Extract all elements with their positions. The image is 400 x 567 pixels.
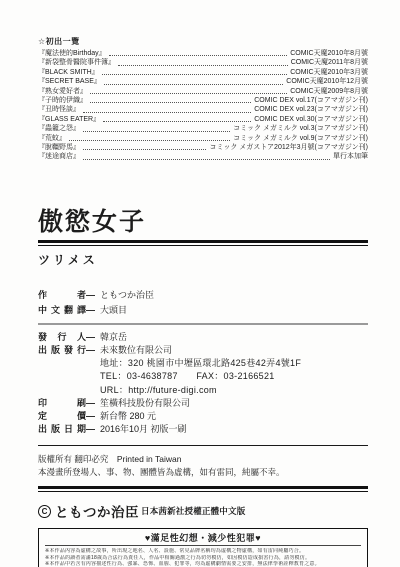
title-underline-thin bbox=[38, 245, 368, 246]
publication-list-item: 『迷途商店』 單行本加筆 bbox=[38, 152, 368, 161]
chapter-source: COMIC天魔2009年8月號 bbox=[290, 87, 368, 96]
license-line: C ともつか治臣 日本茜新社授權正體中文版 bbox=[38, 501, 368, 521]
chapter-title: 『BLACK SMITH』 bbox=[38, 68, 99, 77]
tel-fax-row: TEL：03-4638787 FAX：03-2166521 bbox=[38, 370, 368, 383]
translator-label: 中文翻譯 bbox=[38, 303, 86, 318]
publication-list-item: 『SECRET BASE』 COMIC天魔2010年12月號 bbox=[38, 77, 368, 86]
chapter-source: COMIC DEX vol.17(コアマガジン刊) bbox=[254, 96, 368, 105]
legal-block: 版權所有 翻印必究 Printed in Taiwan 本漫畫所登場人、事、物、… bbox=[38, 453, 368, 478]
pub-date-row: 出版日期 — 2016年10月 初版一刷 bbox=[38, 423, 368, 436]
title-block: 傲慾女子 ツリメス bbox=[38, 210, 368, 268]
dot-leader bbox=[83, 131, 230, 132]
author-label: 作者 bbox=[38, 288, 86, 303]
dot-leader bbox=[69, 140, 230, 141]
license-author: ともつか治臣 bbox=[55, 501, 139, 521]
publication-history: ☆初出一覽 『魔法使的Birthday』 COMIC天魔2010年8月號 『新袋… bbox=[38, 36, 368, 162]
issuer-row: 出版發行 — 未來數位有限公司 bbox=[38, 344, 368, 357]
dash: — bbox=[86, 288, 100, 303]
credits-block: 作者 — ともつか治臣 中文翻譯 — 大頭目 bbox=[38, 288, 368, 318]
notice-box-lines: ※本作品內容為虛構之故事，所出現之地名、人名、設施、常見品牌名稱均為虛構之物虛構… bbox=[45, 548, 361, 567]
notice-disclaimer-line: ※本作品的讀者需滿18歲為合法行為責任人，作品中相關過激之行為切勿模仿，如因模仿… bbox=[45, 555, 361, 562]
divider-double-top bbox=[38, 486, 368, 489]
publication-list-item: 『GLASS EATER』 COMIC DEX vol.30(コアマガジン刊) bbox=[38, 115, 368, 124]
dash: — bbox=[86, 397, 100, 410]
chapter-title: 『迷途商店』 bbox=[38, 152, 80, 161]
fiction-disclaimer: 本漫畫所登場人、事、物、團體皆為虛構，如有雷同，純屬不幸。 bbox=[38, 466, 368, 479]
publisher-name: 韓京岳 bbox=[100, 331, 368, 344]
notice-box-header: ♥滿足性幻想・減少性犯罪♥ bbox=[45, 531, 361, 546]
chapter-source: COMIC天魔2010年3月號 bbox=[290, 68, 368, 77]
publication-list-item: 『丑時怪談』 COMIC DEX vol.23(コアマガジン刊) bbox=[38, 105, 368, 114]
copyright-notice: 版權所有 翻印必究 Printed in Taiwan bbox=[38, 453, 368, 466]
printer-label: 印刷 bbox=[38, 397, 86, 410]
chapter-source: COMIC DEX vol.30(コアマガジン刊) bbox=[254, 115, 368, 124]
dot-leader bbox=[109, 55, 288, 56]
chapter-title: 『丑時怪談』 bbox=[38, 105, 80, 114]
chapter-source: コミック メガストア2012年3月號(コアマガジン刊) bbox=[209, 143, 368, 152]
chapter-title: 『熟女愛好者』 bbox=[38, 87, 87, 96]
address-text: 地址：320 桃園市中壢區環北路425巷42弄4號1F bbox=[100, 357, 301, 370]
dot-leader bbox=[83, 149, 206, 150]
publisher-label: 發行人 bbox=[38, 331, 86, 344]
dot-leader bbox=[83, 159, 330, 160]
book-subtitle: ツリメス bbox=[38, 251, 368, 268]
price-label: 定價 bbox=[38, 410, 86, 423]
notice-disclaimer-line: ※本作品內容為虛構之故事，所出現之地名、人名、設施、常見品牌名稱均為虛構之物虛構… bbox=[45, 548, 361, 555]
chapter-title: 『蟲籠之怨』 bbox=[38, 124, 80, 133]
publication-list-item: 『魔法使的Birthday』 COMIC天魔2010年8月號 bbox=[38, 49, 368, 58]
title-underline-thick bbox=[38, 240, 368, 243]
chapter-source: COMIC天魔2010年8月號 bbox=[290, 49, 368, 58]
pub-date-value: 2016年10月 初版一刷 bbox=[100, 423, 368, 436]
dot-leader bbox=[83, 112, 251, 113]
book-title: 傲慾女子 bbox=[38, 210, 368, 235]
chapter-title: 『荒蚊』 bbox=[38, 134, 66, 143]
publication-list-item: 『脫韁野馬』 コミック メガストア2012年3月號(コアマガジン刊) bbox=[38, 143, 368, 152]
printer-row: 印刷 — 笙橫科技股份有限公司 bbox=[38, 397, 368, 410]
publication-list-item: 『熟女愛好者』 COMIC天魔2009年8月號 bbox=[38, 87, 368, 96]
translator-name: 大頭目 bbox=[100, 303, 368, 318]
chapter-source: COMIC天魔2011年8月號 bbox=[291, 58, 368, 67]
url-row: URL：http://future-digi.com bbox=[38, 384, 368, 397]
pub-date-label: 出版日期 bbox=[38, 423, 86, 436]
notice-box: ♥滿足性幻想・減少性犯罪♥ ※本作品內容為虛構之故事，所出現之地名、人名、設施、… bbox=[38, 528, 368, 567]
author-name: ともつか治臣 bbox=[100, 288, 368, 303]
translator-row: 中文翻譯 — 大頭目 bbox=[38, 303, 368, 318]
dash: — bbox=[86, 303, 100, 318]
chapter-title: 『GLASS EATER』 bbox=[38, 115, 100, 124]
chapter-source: コミック メガミルク vol.9(コアマガジン刊) bbox=[233, 134, 368, 143]
chapter-source: COMIC DEX vol.23(コアマガジン刊) bbox=[254, 105, 368, 114]
dot-leader bbox=[90, 102, 251, 103]
dot-leader bbox=[118, 65, 288, 66]
publishing-block: 發行人 — 韓京岳 出版發行 — 未來數位有限公司 地址：320 桃園市中壢區環… bbox=[38, 331, 368, 437]
publisher-row: 發行人 — 韓京岳 bbox=[38, 331, 368, 344]
publication-list-item: 『新袋整骨醫院事件簿』 COMIC天魔2011年8月號 bbox=[38, 58, 368, 67]
dot-leader bbox=[103, 121, 251, 122]
issuer-label: 出版發行 bbox=[38, 344, 86, 357]
dash: — bbox=[86, 410, 100, 423]
divider-double-bottom bbox=[38, 491, 368, 493]
chapter-source: 單行本加筆 bbox=[333, 152, 368, 161]
dash: — bbox=[86, 331, 100, 344]
issuer-name: 未來數位有限公司 bbox=[100, 344, 368, 357]
dot-leader bbox=[102, 74, 288, 75]
license-text: 日本茜新社授權正體中文版 bbox=[141, 505, 245, 517]
dot-leader bbox=[104, 84, 283, 85]
dash: — bbox=[86, 344, 100, 357]
chapter-title: 『新袋整骨醫院事件簿』 bbox=[38, 58, 115, 67]
publication-list-item: 『蟲籠之怨』 コミック メガミルク vol.3(コアマガジン刊) bbox=[38, 124, 368, 133]
publication-list-item: 『BLACK SMITH』 COMIC天魔2010年3月號 bbox=[38, 68, 368, 77]
price-row: 定價 — 新台幣 280 元 bbox=[38, 410, 368, 423]
divider-double bbox=[38, 486, 368, 492]
publication-list: 『魔法使的Birthday』 COMIC天魔2010年8月號 『新袋整骨醫院事件… bbox=[38, 49, 368, 162]
url-text: URL：http://future-digi.com bbox=[100, 384, 217, 397]
publication-list-item: 『荒蚊』 コミック メガミルク vol.9(コアマガジン刊) bbox=[38, 134, 368, 143]
publication-history-heading: ☆初出一覽 bbox=[38, 36, 368, 47]
tel-fax-text: TEL：03-4638787 FAX：03-2166521 bbox=[100, 370, 275, 383]
printer-name: 笙橫科技股份有限公司 bbox=[100, 397, 368, 410]
price-value: 新台幣 280 元 bbox=[100, 410, 368, 423]
author-row: 作者 — ともつか治臣 bbox=[38, 288, 368, 303]
chapter-title: 『脫韁野馬』 bbox=[38, 143, 80, 152]
copyright-icon: C bbox=[38, 505, 51, 518]
dot-leader bbox=[90, 93, 287, 94]
address-row: 地址：320 桃園市中壢區環北路425巷42弄4號1F bbox=[38, 357, 368, 370]
divider-black bbox=[38, 445, 368, 447]
chapter-title: 『子時的伊織』 bbox=[38, 96, 87, 105]
chapter-title: 『魔法使的Birthday』 bbox=[38, 49, 106, 58]
dash: — bbox=[86, 423, 100, 436]
notice-disclaimer-line: ※本作品中若含有內容描述性行為、強暴、恐怖、血腥、犯罪等，均為虛構劇情需要之安排… bbox=[45, 561, 361, 567]
chapter-source: COMIC天魔2010年12月號 bbox=[286, 77, 368, 86]
chapter-source: コミック メガミルク vol.3(コアマガジン刊) bbox=[233, 124, 368, 133]
colophon-page: ☆初出一覽 『魔法使的Birthday』 COMIC天魔2010年8月號 『新袋… bbox=[0, 0, 400, 567]
chapter-title: 『SECRET BASE』 bbox=[38, 77, 101, 86]
divider-gray bbox=[38, 323, 368, 325]
publication-list-item: 『子時的伊織』 COMIC DEX vol.17(コアマガジン刊) bbox=[38, 96, 368, 105]
